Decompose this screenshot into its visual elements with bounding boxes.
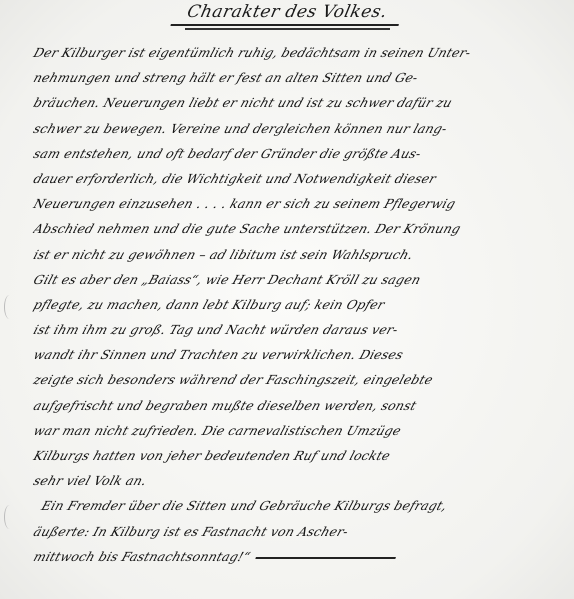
- title-double-underline: [185, 28, 390, 30]
- text-line: aufgefrischt und begraben mußte dieselbe…: [30, 393, 558, 418]
- handwritten-body: Der Kilburger ist eigentümlich ruhig, be…: [30, 40, 550, 569]
- text-line: nehmungen und streng hält er fest an alt…: [30, 65, 558, 90]
- text-line: Neuerungen einzusehen . . . . kann er si…: [30, 191, 558, 216]
- text-line: äußerte: In Kilburg ist es Fastnacht von…: [30, 519, 558, 544]
- text-line: Gilt es aber den „Baiass“, wie Herr Dech…: [30, 267, 558, 292]
- text-line-final: mittwoch bis Fastnachtsonntag!“: [30, 544, 558, 569]
- text-line: sehr viel Volk an.: [30, 468, 558, 493]
- text-line: Abschied nehmen und die gute Sache unter…: [30, 216, 558, 241]
- title-block: Charakter des Volkes.: [0, 2, 574, 30]
- text-line: ist ihm ihm zu groß. Tag und Nacht würde…: [30, 317, 558, 342]
- margin-smudge: [4, 295, 15, 319]
- text-line: zeigte sich besonders während der Faschi…: [30, 367, 558, 392]
- closing-rule: [255, 556, 396, 558]
- text-line: Ein Fremder über die Sitten und Gebräuch…: [30, 493, 558, 518]
- text-line: ist er nicht zu gewöhnen – ad libitum is…: [30, 242, 558, 267]
- final-line-text: mittwoch bis Fastnachtsonntag!“: [32, 549, 253, 564]
- margin-smudge: [4, 505, 15, 529]
- text-line: pflegte, zu machen, dann lebt Kilburg au…: [30, 292, 558, 317]
- text-line: war man nicht zufrieden. Die carnevalist…: [30, 418, 558, 443]
- text-line: bräuchen. Neuerungen liebt er nicht und …: [30, 90, 558, 115]
- text-line: wandt ihr Sinnen und Trachten zu verwirk…: [30, 342, 558, 367]
- text-line: schwer zu bewegen. Vereine und dergleich…: [30, 116, 558, 141]
- text-line: Kilburgs hatten von jeher bedeutenden Ru…: [30, 443, 558, 468]
- manuscript-page: Charakter des Volkes. Der Kilburger ist …: [0, 0, 574, 599]
- page-title: Charakter des Volkes.: [171, 2, 404, 26]
- text-line: dauer erforderlich, die Wichtigkeit und …: [30, 166, 558, 191]
- text-line: sam entstehen, und oft bedarf der Gründe…: [30, 141, 558, 166]
- text-line: Der Kilburger ist eigentümlich ruhig, be…: [30, 40, 558, 65]
